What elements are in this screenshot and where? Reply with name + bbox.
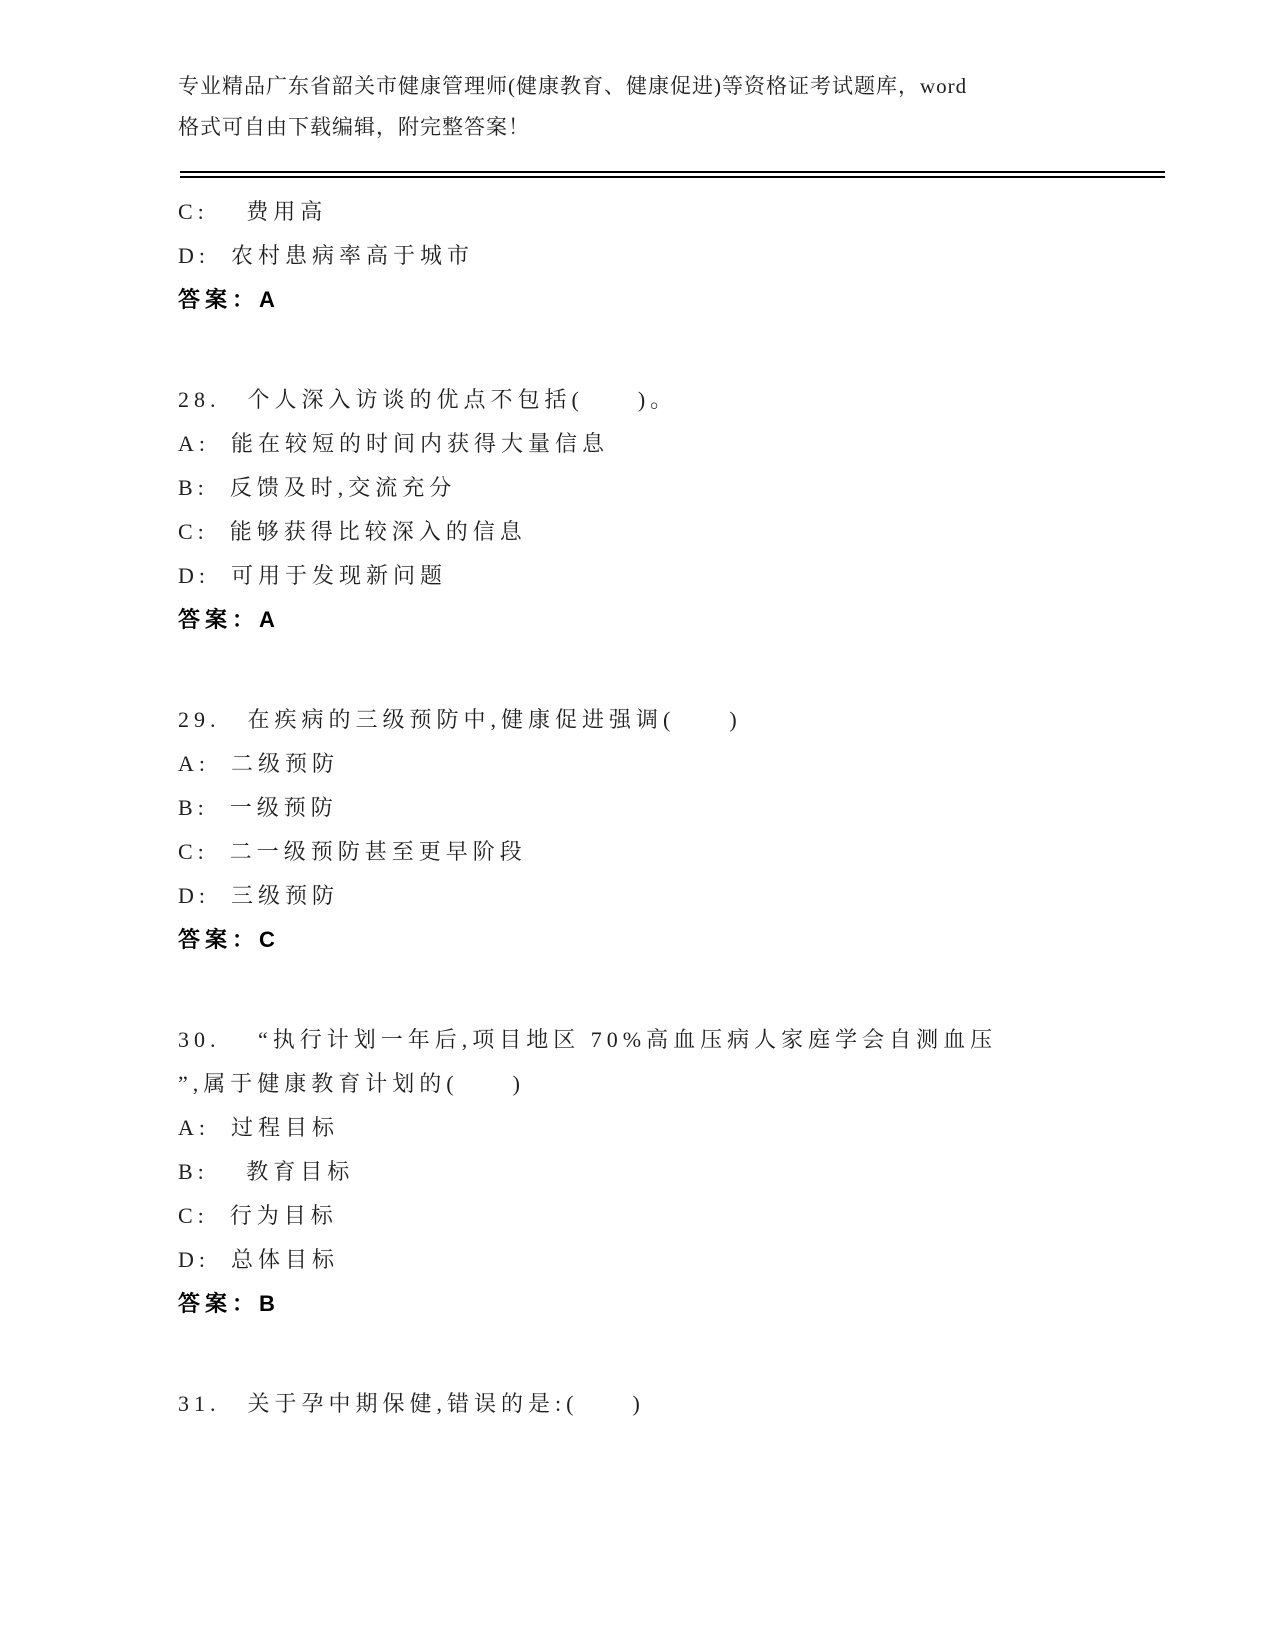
option-line-c: C: 行为目标 xyxy=(178,1194,1168,1238)
option-line-d: D: 可用于发现新问题 xyxy=(178,554,1168,598)
option-line-b: B: 一级预防 xyxy=(178,786,1168,830)
question-text-line-1: 30. “执行计划一年后,项目地区 70%高血压病人家庭学会自测血压 xyxy=(178,1018,1168,1062)
question-block-27-partial: C: 费用高 D: 农村患病率高于城市 答案：A xyxy=(178,190,1168,322)
answer-line: 答案：C xyxy=(178,918,1168,962)
option-line-a: A: 过程目标 xyxy=(178,1106,1168,1150)
answer-line: 答案：A xyxy=(178,598,1168,642)
answer-line: 答案：B xyxy=(178,1282,1168,1326)
option-line-c: C: 费用高 xyxy=(178,190,1168,234)
document-page: 专业精品广东省韶关市健康管理师(健康教育、健康促进)等资格证考试题库，word … xyxy=(0,0,1275,1650)
question-text-line-2: ”,属于健康教育计划的( ) xyxy=(178,1062,1168,1106)
option-line-d: D: 三级预防 xyxy=(178,874,1168,918)
question-block-31: 31. 关于孕中期保健,错误的是:( ) xyxy=(178,1382,1168,1426)
option-line-c: C: 二一级预防甚至更早阶段 xyxy=(178,830,1168,874)
header-rule xyxy=(180,171,1165,178)
option-line-c: C: 能够获得比较深入的信息 xyxy=(178,510,1168,554)
option-line-b: B: 教育目标 xyxy=(178,1150,1168,1194)
question-text-line: 31. 关于孕中期保健,错误的是:( ) xyxy=(178,1382,1168,1426)
document-header: 专业精品广东省韶关市健康管理师(健康教育、健康促进)等资格证考试题库，word … xyxy=(178,66,1078,148)
question-block-29: 29. 在疾病的三级预防中,健康促进强调( ) A: 二级预防 B: 一级预防 … xyxy=(178,698,1168,962)
question-text-line: 28. 个人深入访谈的优点不包括( )。 xyxy=(178,378,1168,422)
question-text-line: 29. 在疾病的三级预防中,健康促进强调( ) xyxy=(178,698,1168,742)
option-line-a: A: 二级预防 xyxy=(178,742,1168,786)
option-line-a: A: 能在较短的时间内获得大量信息 xyxy=(178,422,1168,466)
header-line-1: 专业精品广东省韶关市健康管理师(健康教育、健康促进)等资格证考试题库，word xyxy=(178,66,1078,107)
question-block-30: 30. “执行计划一年后,项目地区 70%高血压病人家庭学会自测血压 ”,属于健… xyxy=(178,1018,1168,1326)
option-line-d: D: 农村患病率高于城市 xyxy=(178,234,1168,278)
document-body: C: 费用高 D: 农村患病率高于城市 答案：A 28. 个人深入访谈的优点不包… xyxy=(178,190,1168,1426)
answer-line: 答案：A xyxy=(178,278,1168,322)
question-block-28: 28. 个人深入访谈的优点不包括( )。 A: 能在较短的时间内获得大量信息 B… xyxy=(178,378,1168,642)
option-line-b: B: 反馈及时,交流充分 xyxy=(178,466,1168,510)
option-line-d: D: 总体目标 xyxy=(178,1238,1168,1282)
header-line-2: 格式可自由下载编辑，附完整答案！ xyxy=(178,107,1078,148)
